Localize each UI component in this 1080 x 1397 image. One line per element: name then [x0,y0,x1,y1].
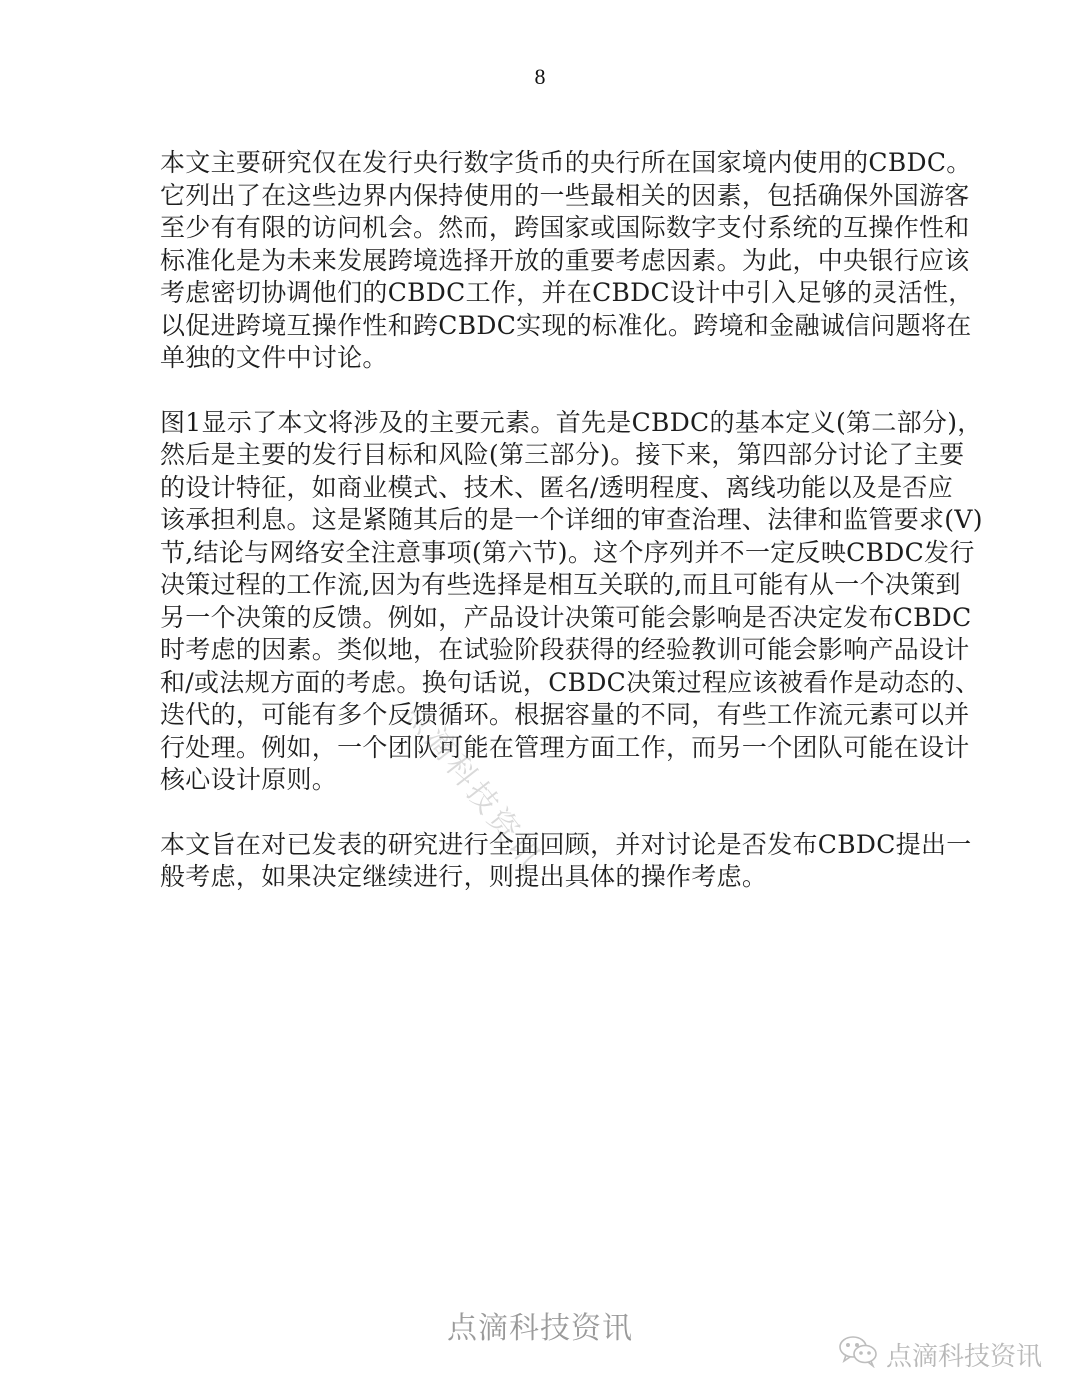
paragraph-scope: 本文主要研究仅在发行央行数字货币的央行所在国家境内使用的CBDC。 它列出了在这… [160,147,960,375]
text-line: 另一个决策的反馈。例如，产品设计决策可能会影响是否决定发布CBDC [160,602,960,635]
text-line: 行处理。例如，一个团队可能在管理方面工作，而另一个团队可能在设计 [160,732,960,765]
text-line: 般考虑，如果决定继续进行，则提出具体的操作考虑。 [160,861,960,894]
paragraph-purpose: 本文旨在对已发表的研究进行全面回顾，并对讨论是否发布CBDC提出一 般考虑，如果… [160,829,960,894]
text-line: 该承担利息。这是紧随其后的是一个详细的审查治理、法律和监管要求(V) [160,504,960,537]
text-line: 节,结论与网络安全注意事项(第六节)。这个序列并不一定反映CBDC发行 [160,537,960,570]
text-line: 图1显示了本文将涉及的主要元素。首先是CBDC的基本定义(第二部分)， [160,407,960,440]
text-line: 以促进跨境互操作性和跨CBDC实现的标准化。跨境和金融诚信问题将在 [160,310,960,343]
text-line: 至少有有限的访问机会。然而，跨国家或国际数字支付系统的互操作性和 [160,212,960,245]
text-line: 和/或法规方面的考虑。换句话说，CBDC决策过程应该被看作是动态的、 [160,667,960,700]
wechat-icon [838,1334,880,1375]
text-line: 核心设计原则。 [160,764,960,797]
paragraph-structure: 图1显示了本文将涉及的主要元素。首先是CBDC的基本定义(第二部分)， 然后是主… [160,407,960,797]
text-line: 本文主要研究仅在发行央行数字货币的央行所在国家境内使用的CBDC。 [160,147,960,180]
text-line: 单独的文件中讨论。 [160,342,960,375]
text-line: 的设计特征，如商业模式、技术、匿名/透明程度、离线功能以及是否应 [160,472,960,505]
text-line: 考虑密切协调他们的CBDC工作，并在CBDC设计中引入足够的灵活性， [160,277,960,310]
footer-brand-watermark: 点滴科技资讯 [447,1303,633,1347]
wechat-account-badge: 点滴科技资讯 [838,1334,1042,1375]
document-body: 本文主要研究仅在发行央行数字货币的央行所在国家境内使用的CBDC。 它列出了在这… [160,147,960,926]
text-line: 本文旨在对已发表的研究进行全面回顾，并对讨论是否发布CBDC提出一 [160,829,960,862]
text-line: 然后是主要的发行目标和风险(第三部分)。接下来，第四部分讨论了主要 [160,439,960,472]
page-number: 8 [0,64,1080,90]
text-line: 时考虑的因素。类似地，在试验阶段获得的经验教训可能会影响产品设计 [160,634,960,667]
wechat-account-name: 点滴科技资讯 [886,1336,1042,1373]
text-line: 迭代的，可能有多个反馈循环。根据容量的不同，有些工作流元素可以并 [160,699,960,732]
text-line: 它列出了在这些边界内保持使用的一些最相关的因素，包括确保外国游客 [160,180,960,213]
text-line: 标准化是为未来发展跨境选择开放的重要考虑因素。为此，中央银行应该 [160,245,960,278]
text-line: 决策过程的工作流,因为有些选择是相互关联的,而且可能有从一个决策到 [160,569,960,602]
